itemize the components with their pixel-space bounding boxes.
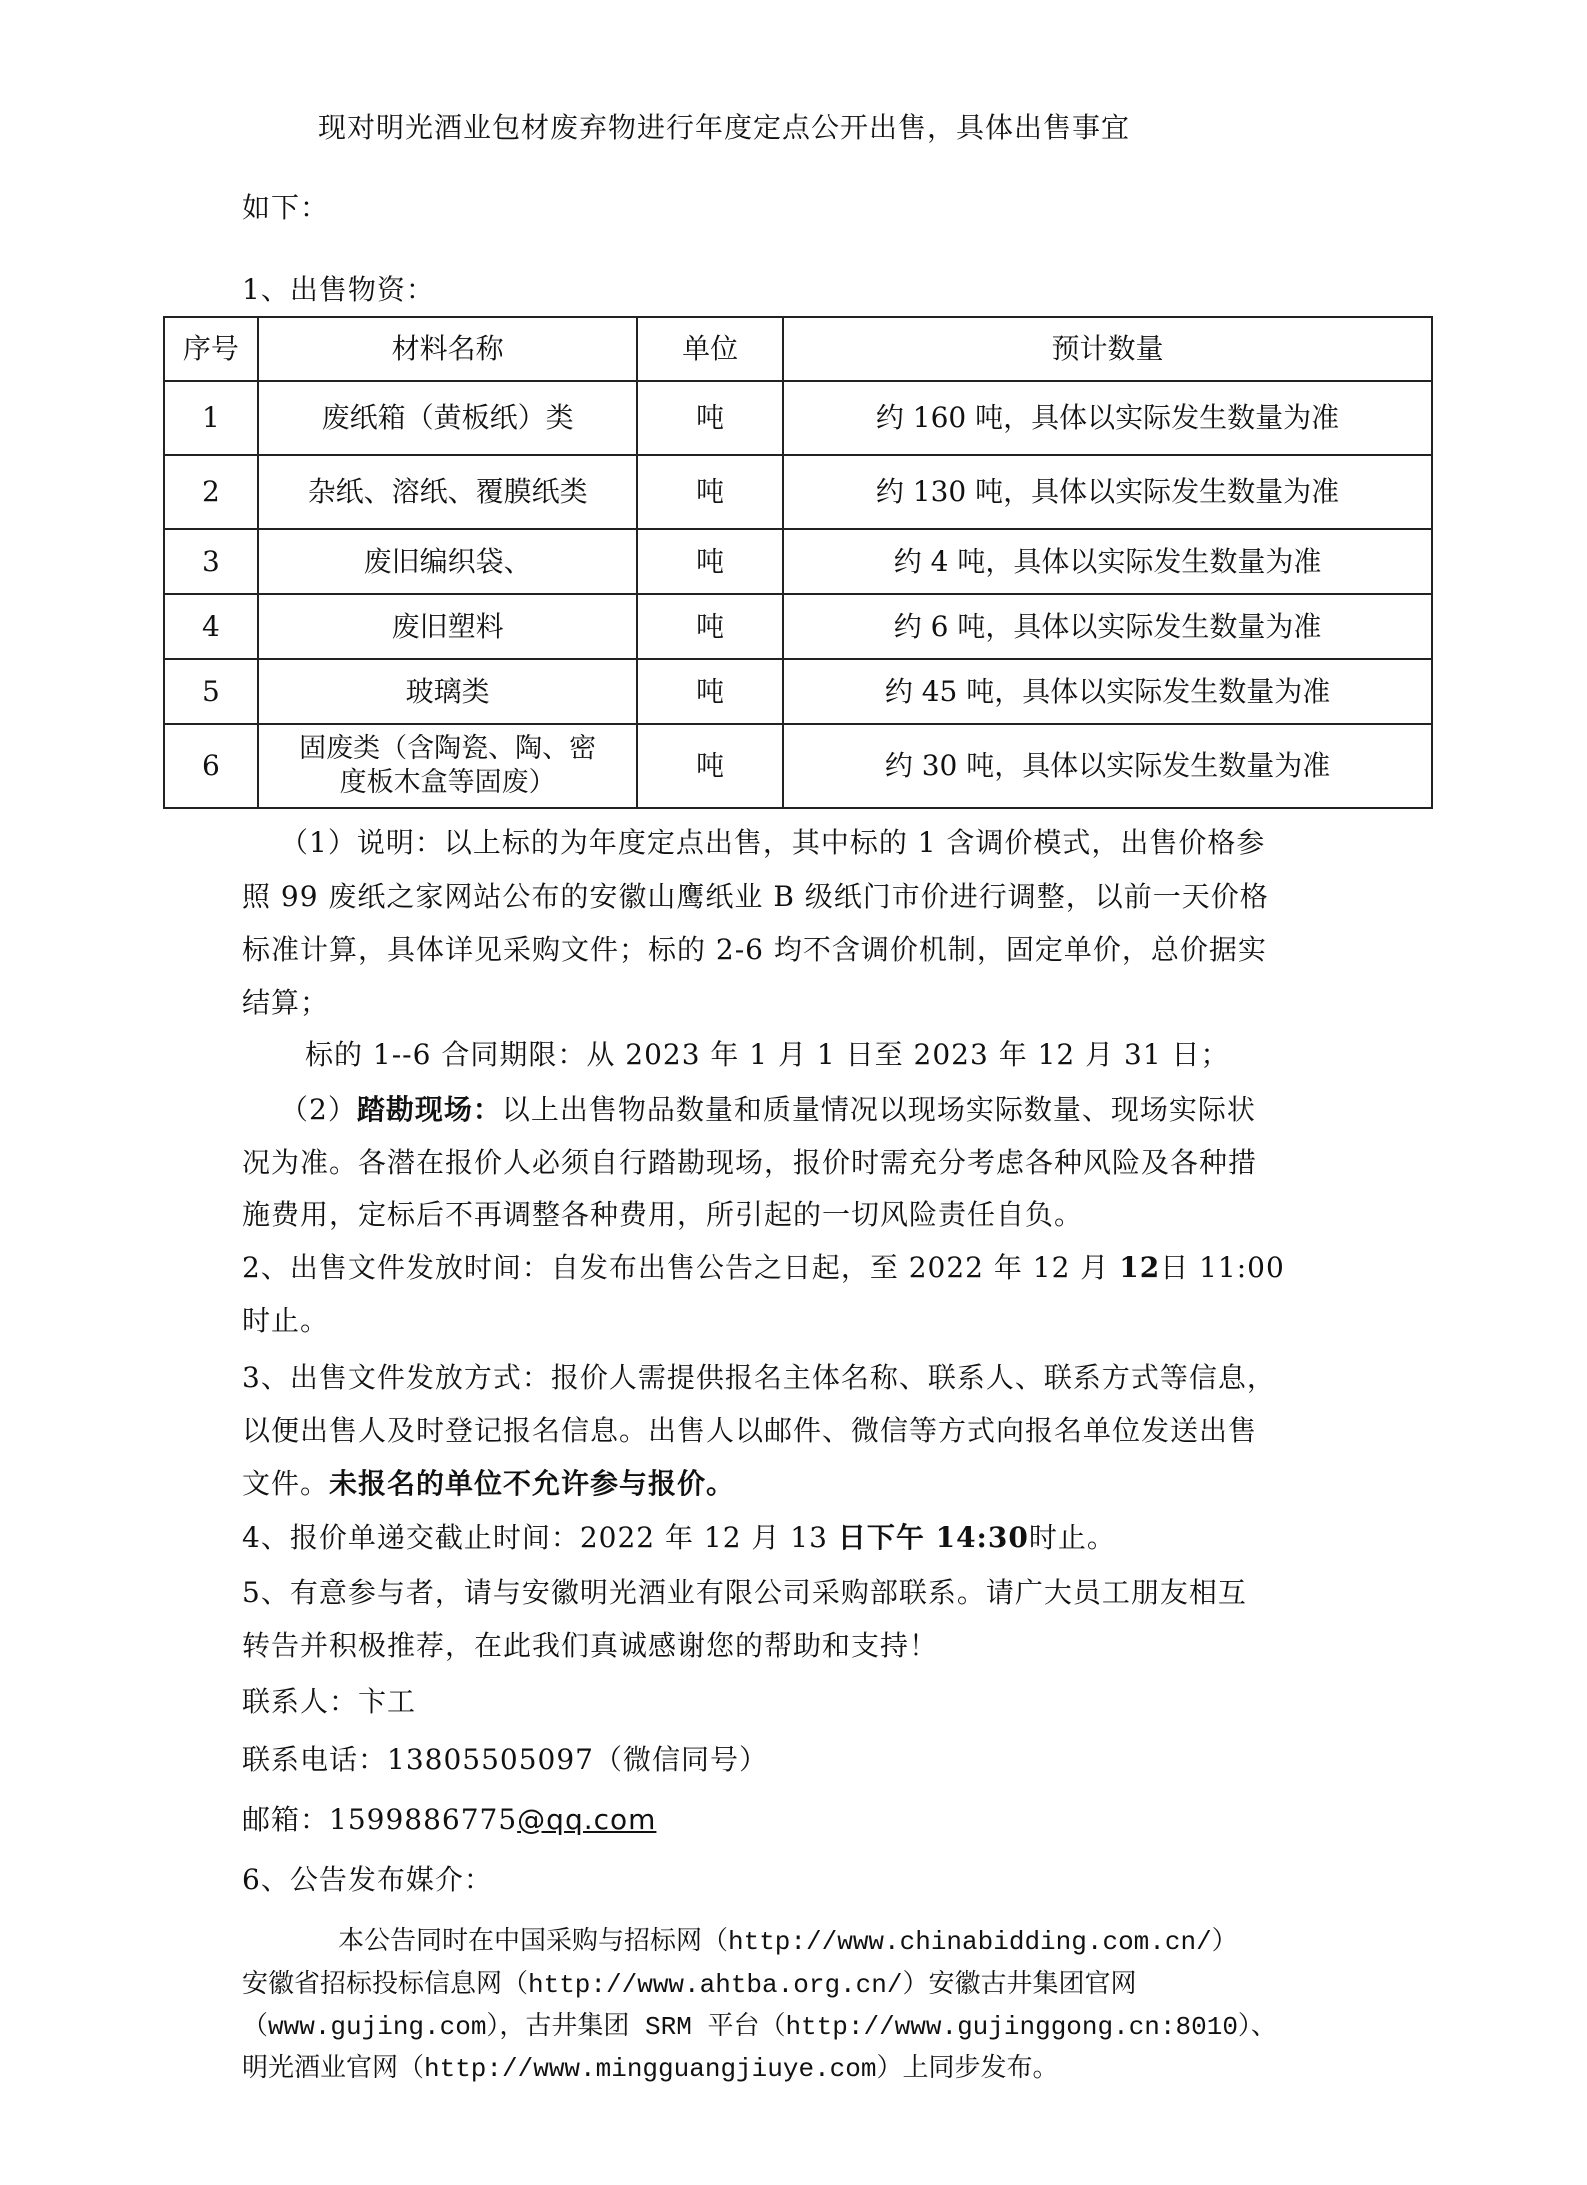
contract-period: 标的 1--6 合同期限：从 2023 年 1 月 1 日至 2023 年 12… bbox=[305, 1037, 1230, 1073]
item4-post: 时止。 bbox=[1029, 1521, 1116, 1554]
item6-line-2: 安徽省招标投标信息网（http://www.ahtba.org.cn/）安徽古井… bbox=[242, 1967, 1136, 2003]
row-unit: 吨 bbox=[637, 594, 783, 659]
row-name: 固废类（含陶瓷、陶、密 度板木盒等固废） bbox=[258, 724, 637, 808]
row-qty: 约 45 吨，具体以实际发生数量为准 bbox=[783, 659, 1432, 724]
intro-line-2: 如下： bbox=[242, 190, 329, 226]
table-row: 1 废纸箱（黄板纸）类 吨 约 160 吨，具体以实际发生数量为准 bbox=[164, 381, 1432, 455]
row-name: 玻璃类 bbox=[258, 659, 637, 724]
item6-line-1: 本公告同时在中国采购与招标网（http://www.chinabidding.c… bbox=[338, 1924, 1238, 1960]
item4-bold: 日下午 14:30 bbox=[838, 1521, 1029, 1554]
item3-line-1: 3、出售文件发放方式：报价人需提供报名主体名称、联系人、联系方式等信息， bbox=[242, 1360, 1276, 1396]
row-qty: 约 4 吨，具体以实际发生数量为准 bbox=[783, 529, 1432, 594]
item2-line-1: 2、出售文件发放时间：自发布出售公告之日起，至 2022 年 12 月 12日 … bbox=[242, 1250, 1285, 1286]
row-name-line-1: 固废类（含陶瓷、陶、密 bbox=[259, 732, 636, 766]
item2-pre: 2、出售文件发放时间：自发布出售公告之日起，至 2022 年 12 月 bbox=[242, 1251, 1119, 1284]
row-qty: 约 6 吨，具体以实际发生数量为准 bbox=[783, 594, 1432, 659]
header-name: 材料名称 bbox=[258, 317, 637, 381]
row-no: 1 bbox=[164, 381, 258, 455]
note1-line-2: 照 99 废纸之家网站公布的安徽山鹰纸业 B 级纸门市价进行调整，以前一天价格 bbox=[242, 879, 1269, 915]
item5-line-1: 5、有意参与者，请与安徽明光酒业有限公司采购部联系。请广大员工朋友相互 bbox=[242, 1575, 1247, 1611]
note2-bold-label: 踏勘现场： bbox=[357, 1093, 502, 1126]
row-name-line-2: 度板木盒等固废） bbox=[259, 766, 636, 800]
item6-line-4: 明光酒业官网（http://www.mingguangjiuye.com）上同步… bbox=[242, 2051, 1058, 2087]
note2-line-2: 况为准。各潜在报价人必须自行踏勘现场，报价时需充分考虑各种风险及各种措 bbox=[242, 1145, 1257, 1181]
header-unit: 单位 bbox=[637, 317, 783, 381]
contact-phone: 联系电话：13805505097（微信同号） bbox=[242, 1742, 768, 1778]
item3-pre: 文件。 bbox=[242, 1467, 329, 1500]
item4-pre: 4、报价单递交截止时间：2022 年 12 月 13 bbox=[242, 1521, 838, 1554]
item4-line: 4、报价单递交截止时间：2022 年 12 月 13 日下午 14:30时止。 bbox=[242, 1520, 1116, 1556]
row-unit: 吨 bbox=[637, 659, 783, 724]
row-name: 废旧塑料 bbox=[258, 594, 637, 659]
intro-line-1: 现对明光酒业包材废弃物进行年度定点公开出售，具体出售事宜 bbox=[318, 110, 1130, 146]
note2-rest: 以上出售物品数量和质量情况以现场实际数量、现场实际状 bbox=[502, 1093, 1256, 1126]
note2-line-1: （2）踏勘现场：以上出售物品数量和质量情况以现场实际数量、现场实际状 bbox=[280, 1092, 1256, 1128]
table-row: 4 废旧塑料 吨 约 6 吨，具体以实际发生数量为准 bbox=[164, 594, 1432, 659]
item2-post: 日 11:00 bbox=[1160, 1251, 1285, 1284]
note2-line-3: 施费用，定标后不再调整各种费用，所引起的一切风险责任自负。 bbox=[242, 1197, 1083, 1233]
item5-line-2: 转告并积极推荐，在此我们真诚感谢您的帮助和支持！ bbox=[242, 1628, 938, 1664]
row-unit: 吨 bbox=[637, 529, 783, 594]
table-row: 3 废旧编织袋、 吨 约 4 吨，具体以实际发生数量为准 bbox=[164, 529, 1432, 594]
row-unit: 吨 bbox=[637, 724, 783, 808]
row-unit: 吨 bbox=[637, 455, 783, 529]
header-no: 序号 bbox=[164, 317, 258, 381]
note1-line-4: 结算； bbox=[242, 985, 329, 1021]
row-no: 5 bbox=[164, 659, 258, 724]
row-qty: 约 30 吨，具体以实际发生数量为准 bbox=[783, 724, 1432, 808]
row-name: 废纸箱（黄板纸）类 bbox=[258, 381, 637, 455]
item3-bold: 未报名的单位不允许参与报价。 bbox=[329, 1467, 735, 1500]
contact-email: 邮箱：1599886775@qq.com bbox=[242, 1802, 656, 1838]
table-header-row: 序号 材料名称 单位 预计数量 bbox=[164, 317, 1432, 381]
section-1-title: 1、出售物资： bbox=[242, 272, 435, 308]
item2-bold: 12 bbox=[1119, 1251, 1160, 1284]
row-qty: 约 160 吨，具体以实际发生数量为准 bbox=[783, 381, 1432, 455]
row-no: 3 bbox=[164, 529, 258, 594]
row-name: 废旧编织袋、 bbox=[258, 529, 637, 594]
note1-line-1: （1）说明：以上标的为年度定点出售，其中标的 1 含调价模式，出售价格参 bbox=[280, 825, 1265, 861]
email-link[interactable]: @qq.com bbox=[517, 1803, 656, 1836]
item2-line-2: 时止。 bbox=[242, 1303, 329, 1339]
contact-person: 联系人：卞工 bbox=[242, 1684, 416, 1720]
header-qty: 预计数量 bbox=[783, 317, 1432, 381]
note2-prefix: （2） bbox=[280, 1093, 357, 1126]
note1-line-3: 标准计算，具体详见采购文件；标的 2-6 均不含调价机制，固定单价，总价据实 bbox=[242, 932, 1267, 968]
item6-line-3: （www.gujing.com），古井集团 SRM 平台（http://www.… bbox=[242, 2009, 1277, 2045]
item3-line-3: 文件。未报名的单位不允许参与报价。 bbox=[242, 1466, 735, 1502]
row-qty: 约 130 吨，具体以实际发生数量为准 bbox=[783, 455, 1432, 529]
row-no: 4 bbox=[164, 594, 258, 659]
table-row: 5 玻璃类 吨 约 45 吨，具体以实际发生数量为准 bbox=[164, 659, 1432, 724]
table-row: 2 杂纸、溶纸、覆膜纸类 吨 约 130 吨，具体以实际发生数量为准 bbox=[164, 455, 1432, 529]
item3-line-2: 以便出售人及时登记报名信息。出售人以邮件、微信等方式向报名单位发送出售 bbox=[242, 1413, 1257, 1449]
row-name: 杂纸、溶纸、覆膜纸类 bbox=[258, 455, 637, 529]
row-unit: 吨 bbox=[637, 381, 783, 455]
materials-table: 序号 材料名称 单位 预计数量 1 废纸箱（黄板纸）类 吨 约 160 吨，具体… bbox=[163, 316, 1433, 809]
email-label: 邮箱： bbox=[242, 1803, 329, 1836]
table-row: 6 固废类（含陶瓷、陶、密 度板木盒等固废） 吨 约 30 吨，具体以实际发生数… bbox=[164, 724, 1432, 808]
item6-title: 6、公告发布媒介： bbox=[242, 1862, 493, 1898]
row-no: 2 bbox=[164, 455, 258, 529]
row-no: 6 bbox=[164, 724, 258, 808]
email-number: 1599886775 bbox=[329, 1803, 517, 1836]
